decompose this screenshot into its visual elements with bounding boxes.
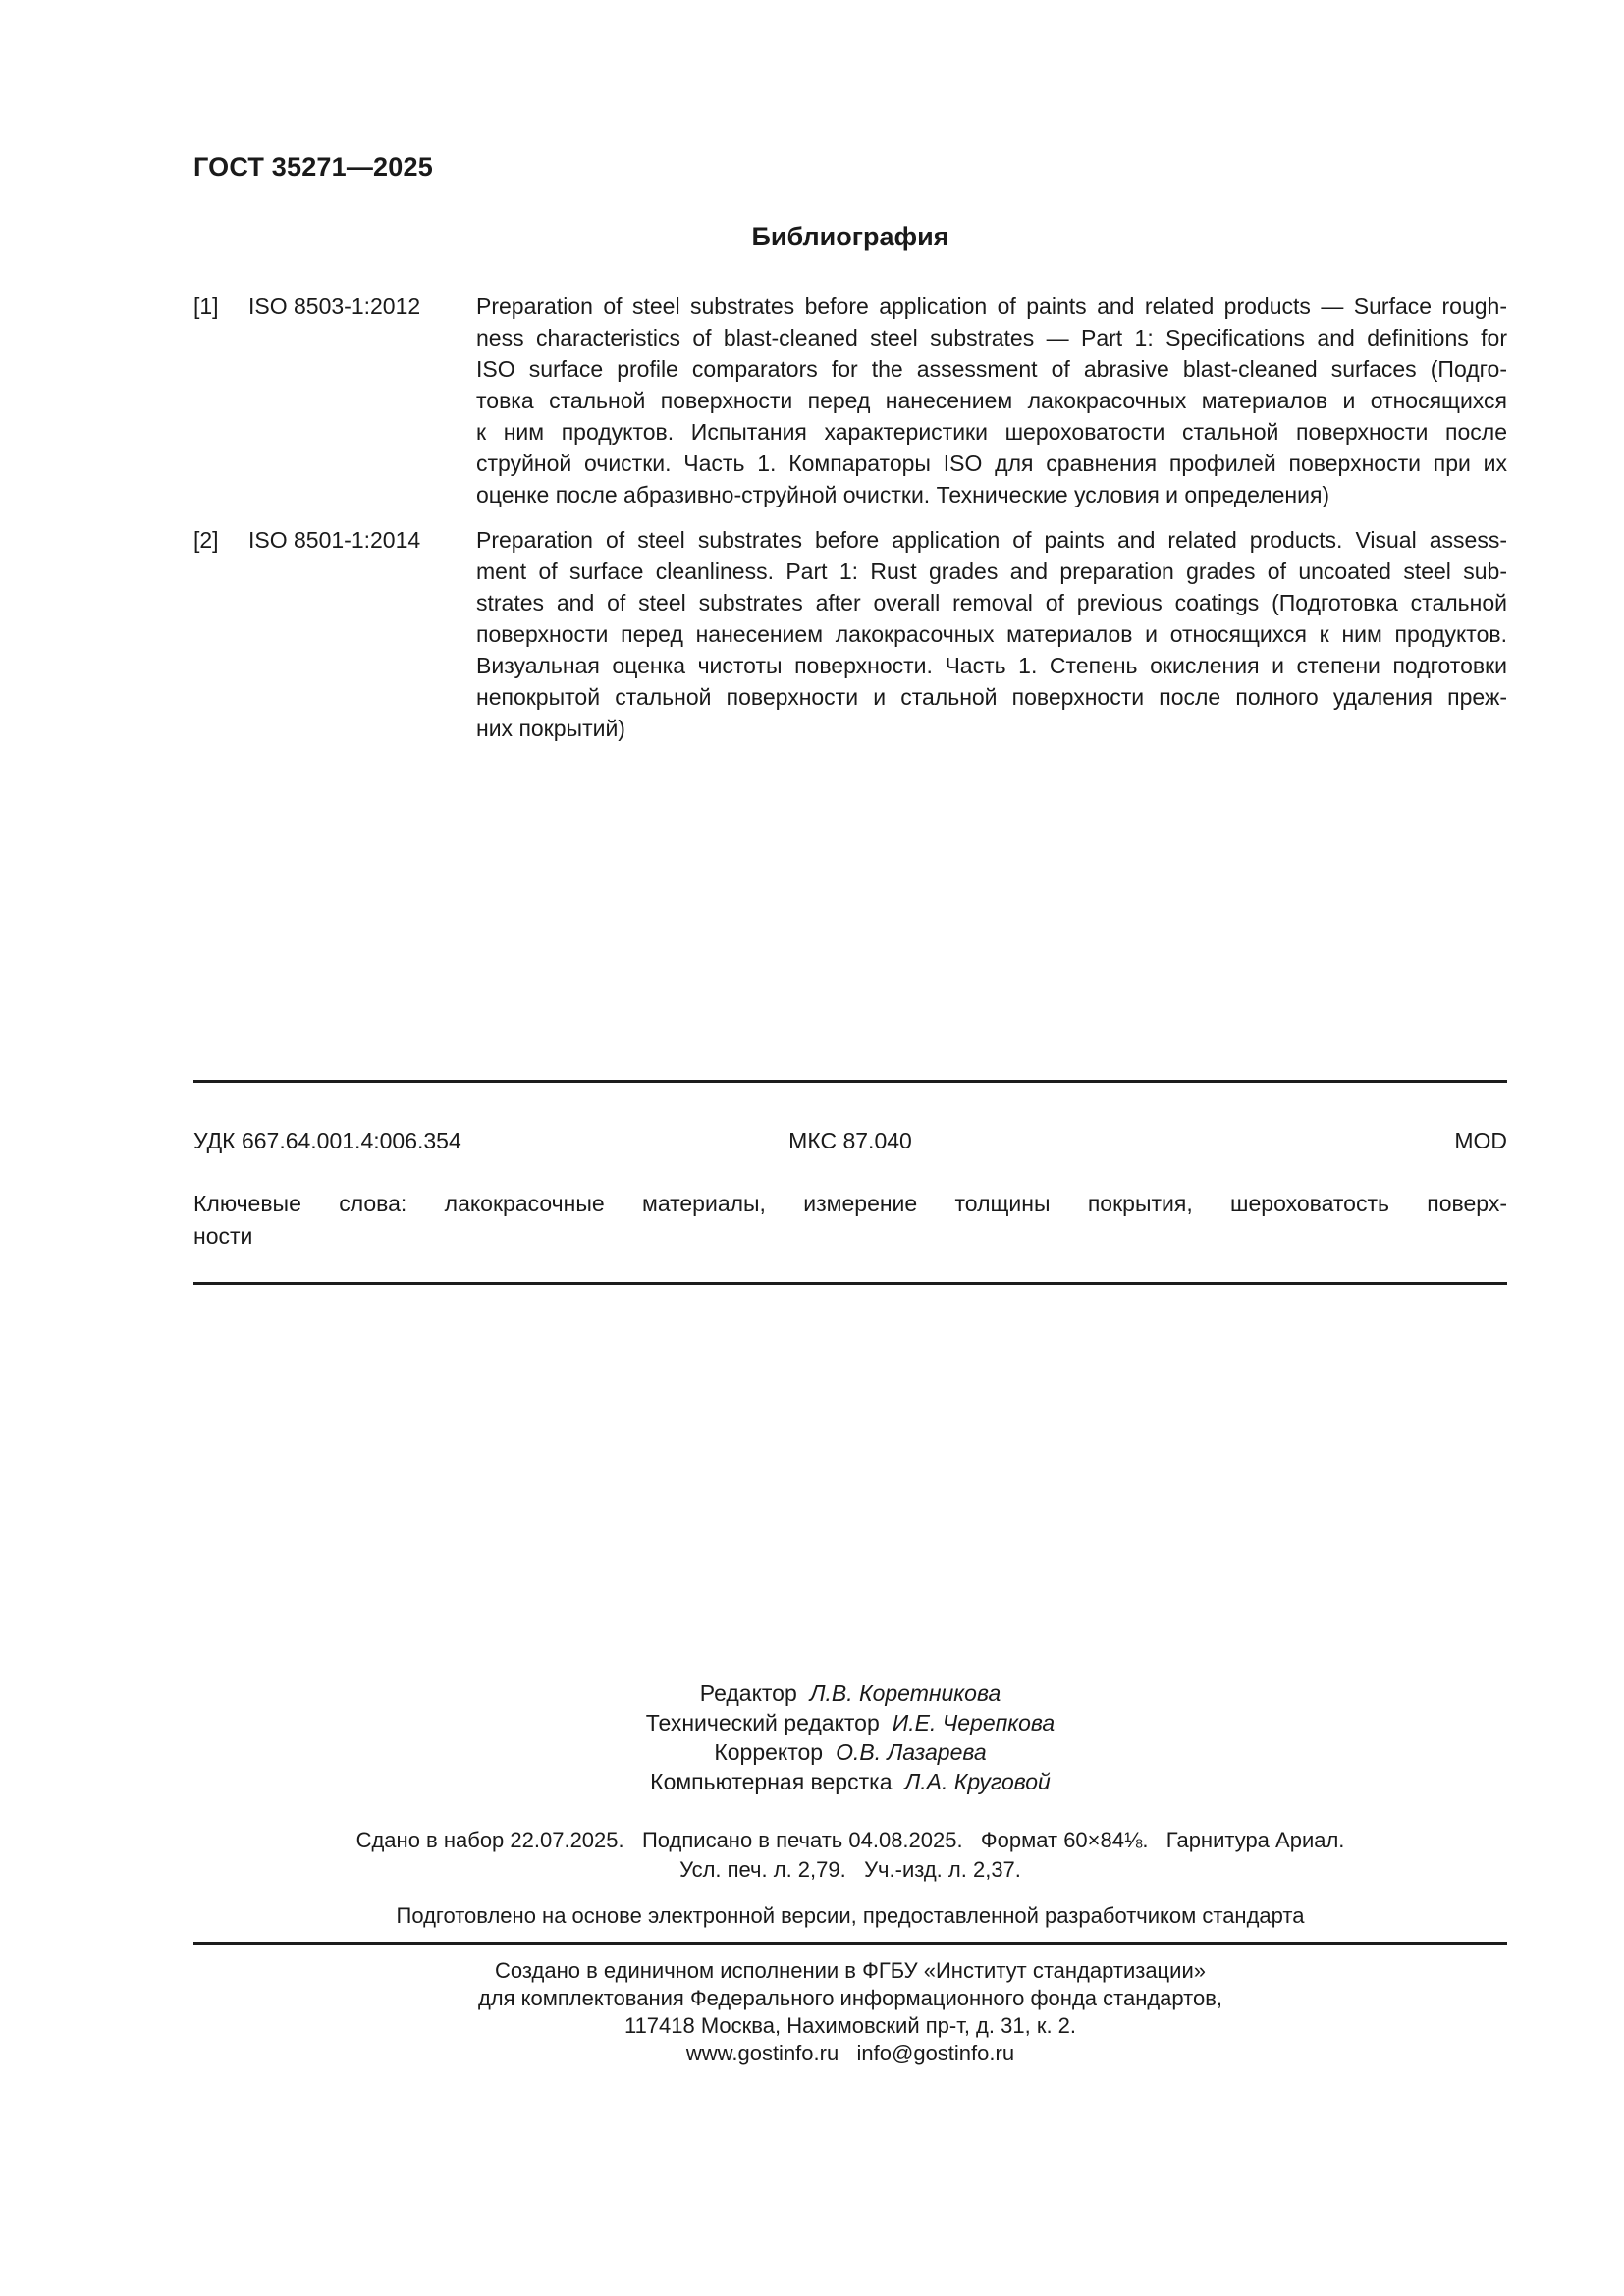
editor-name: Л.А. Круговой xyxy=(905,1769,1051,1794)
publisher-block: Создано в единичном исполнении в ФГБУ «И… xyxy=(193,1957,1507,2067)
bib-text-line: Визуальная оценка чистоты поверхности. Ч… xyxy=(476,650,1507,681)
editor-line: КорректорО.В. Лазарева xyxy=(193,1737,1507,1767)
adoption-code: MOD xyxy=(1069,1126,1507,1155)
editor-role: Корректор xyxy=(714,1739,823,1765)
section-title: Библиография xyxy=(193,222,1507,252)
bib-text-line: них покрытий) xyxy=(476,713,1507,744)
bibliography-entry-1: [1] ISO 8503-1:2012 Preparation of steel… xyxy=(193,291,1507,510)
horizontal-rule xyxy=(193,1080,1507,1083)
bib-text-line: Preparation of steel substrates before a… xyxy=(476,291,1507,322)
editors-block: РедакторЛ.В. Коретникова Технический ред… xyxy=(193,1679,1507,1796)
imprint-line: Сдано в набор 22.07.2025. Подписано в пе… xyxy=(193,1826,1507,1855)
bibliography-entry-standard: ISO 8503-1:2012 xyxy=(248,291,476,322)
bibliography-entry-standard: ISO 8501-1:2014 xyxy=(248,524,476,556)
bibliography-entry-2: [2] ISO 8501-1:2014 Preparation of steel… xyxy=(193,524,1507,744)
publisher-line: 117418 Москва, Нахимовский пр-т, д. 31, … xyxy=(193,2012,1507,2040)
editor-line: РедакторЛ.В. Коретникова xyxy=(193,1679,1507,1708)
bib-text-line: к ним продуктов. Испытания характеристик… xyxy=(476,416,1507,448)
prepared-note: Подготовлено на основе электронной верси… xyxy=(193,1902,1507,1930)
classification-row: УДК 667.64.001.4:006.354 МКС 87.040 MOD xyxy=(193,1126,1507,1155)
bib-text-line: strates and of steel substrates after ov… xyxy=(476,587,1507,618)
bib-text-line: поверхности перед нанесением лакокрасочн… xyxy=(476,618,1507,650)
editor-name: Л.В. Коретникова xyxy=(810,1681,1001,1706)
bibliography-entry-number: [2] xyxy=(193,524,248,556)
keywords-paragraph: Ключевые слова: лакокрасочные материалы,… xyxy=(193,1188,1507,1253)
bib-text-line: ISO surface profile comparators for the … xyxy=(476,353,1507,385)
mks-code: МКС 87.040 xyxy=(631,1126,1069,1155)
bib-text-line: Preparation of steel substrates before a… xyxy=(476,524,1507,556)
keywords-line: ности xyxy=(193,1220,1507,1253)
bibliography-entry-text: Preparation of steel substrates before a… xyxy=(476,291,1507,510)
editor-role: Редактор xyxy=(700,1681,797,1706)
bib-text-line: ness characteristics of blast-cleaned st… xyxy=(476,322,1507,353)
publisher-line: Создано в единичном исполнении в ФГБУ «И… xyxy=(193,1957,1507,1985)
bib-text-line: оценке после абразивно-струйной очистки.… xyxy=(476,479,1507,510)
bib-text-line: товка стальной поверхности перед нанесен… xyxy=(476,385,1507,416)
publisher-contacts: www.gostinfo.ru info@gostinfo.ru xyxy=(193,2040,1507,2067)
editor-name: О.В. Лазарева xyxy=(836,1739,987,1765)
bib-text-line: ment of surface cleanliness. Part 1: Rus… xyxy=(476,556,1507,587)
bibliography-entry-text: Preparation of steel substrates before a… xyxy=(476,524,1507,744)
page-content: ГОСТ 35271—2025 Библиография [1] ISO 850… xyxy=(193,0,1507,2296)
bib-text-line: непокрытой стальной поверхности и стальн… xyxy=(476,681,1507,713)
document-page: ГОСТ 35271—2025 Библиография [1] ISO 850… xyxy=(0,0,1624,2296)
bibliography-entry-number: [1] xyxy=(193,291,248,322)
bibliography-list: [1] ISO 8503-1:2012 Preparation of steel… xyxy=(193,291,1507,758)
keywords-line: Ключевые слова: лакокрасочные материалы,… xyxy=(193,1188,1507,1220)
editor-role: Компьютерная верстка xyxy=(650,1769,892,1794)
horizontal-rule xyxy=(193,1942,1507,1945)
editor-role: Технический редактор xyxy=(646,1710,880,1735)
imprint-block: Сдано в набор 22.07.2025. Подписано в пе… xyxy=(193,1826,1507,1885)
imprint-line: Усл. печ. л. 2,79. Уч.-изд. л. 2,37. xyxy=(193,1855,1507,1885)
horizontal-rule xyxy=(193,1282,1507,1285)
publisher-line: для комплектования Федерального информац… xyxy=(193,1985,1507,2012)
editor-line: Технический редакторИ.Е. Черепкова xyxy=(193,1708,1507,1737)
editor-name: И.Е. Черепкова xyxy=(893,1710,1055,1735)
bib-text-line: струйной очистки. Часть 1. Компараторы I… xyxy=(476,448,1507,479)
document-code: ГОСТ 35271—2025 xyxy=(193,152,433,183)
udk-code: УДК 667.64.001.4:006.354 xyxy=(193,1126,631,1155)
editor-line: Компьютерная версткаЛ.А. Круговой xyxy=(193,1767,1507,1796)
